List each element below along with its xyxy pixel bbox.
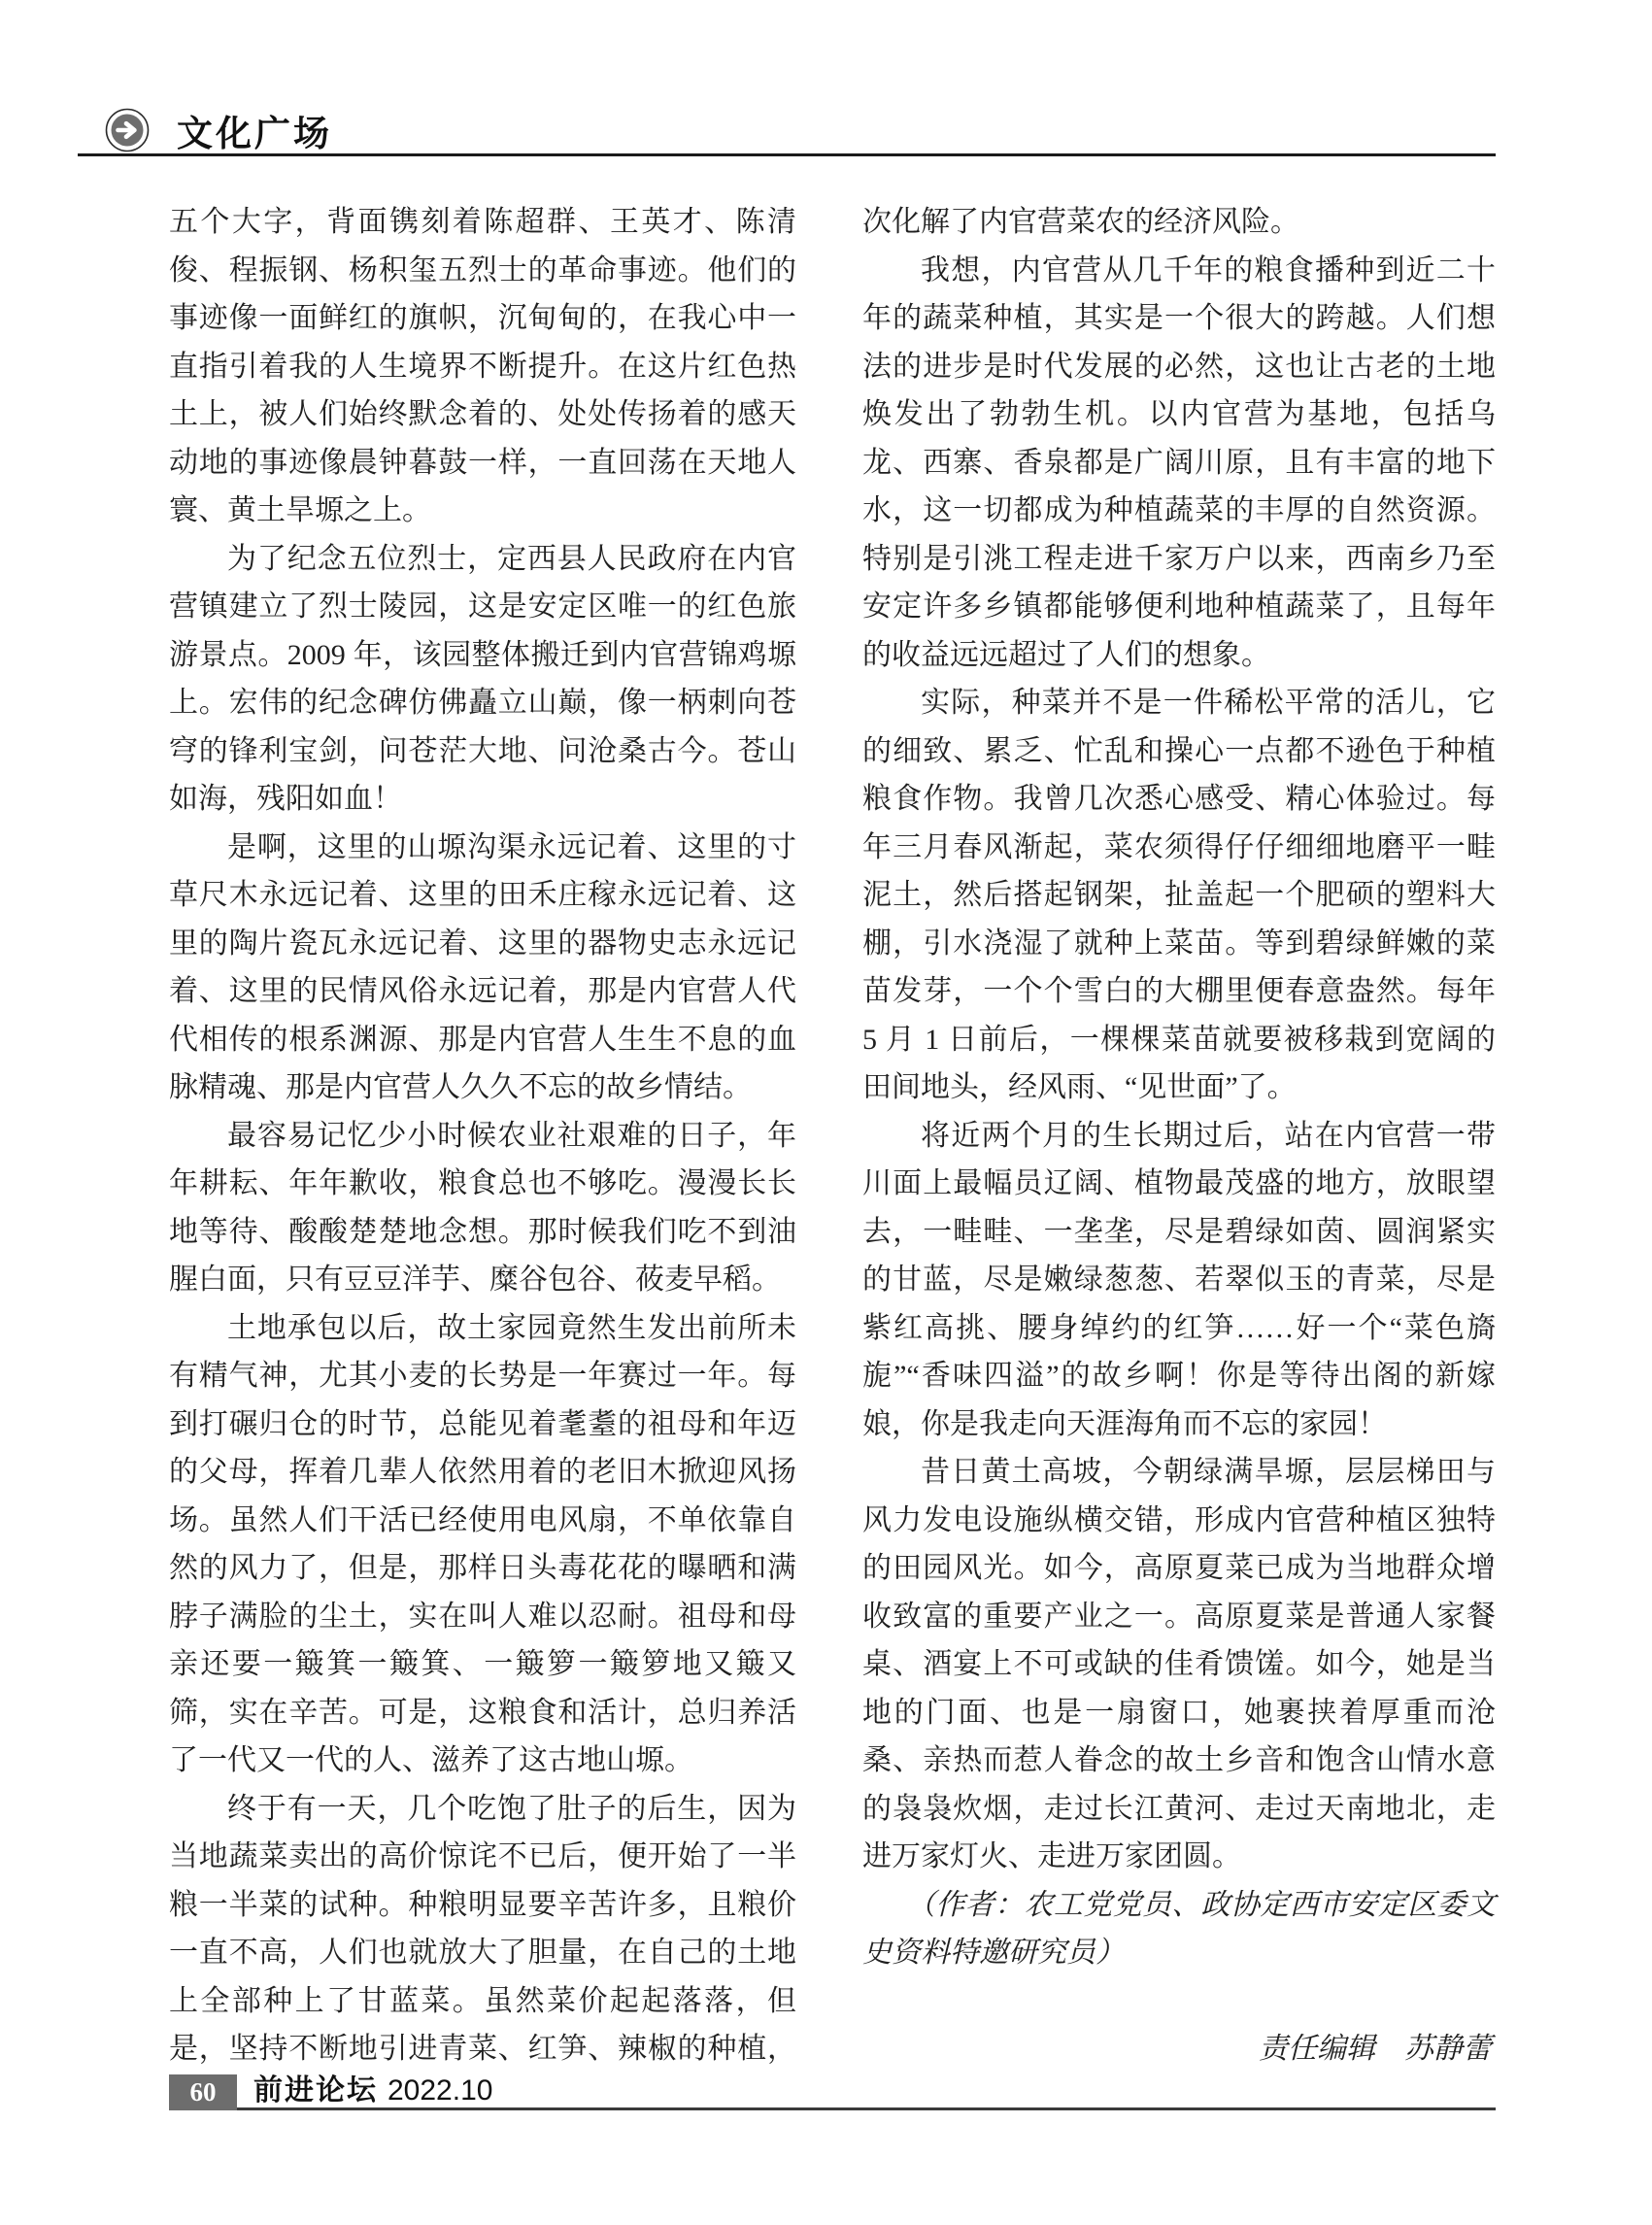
paragraph: 实际，种菜并不是一件稀松平常的活儿，它的细致、累乏、忙乱和操心一点都不逊色于种植… bbox=[862, 679, 1496, 1112]
paragraph: 我想，内官营从几千年的粮食播种到近二十年的蔬菜种植，其实是一个很大的跨越。人们想… bbox=[862, 247, 1496, 680]
page-number-badge: 60 bbox=[169, 2074, 237, 2110]
editor-label: 责任编辑 bbox=[1259, 2033, 1375, 2065]
paragraph: 最容易记忆少小时候农业社艰难的日子，年年耕耘、年年歉收，粮食总也不够吃。漫漫长长… bbox=[169, 1112, 796, 1304]
section-header: 文化广场 bbox=[78, 68, 1496, 156]
journal-name: 前进论坛 bbox=[253, 2073, 378, 2108]
paragraph: 将近两个月的生长期过后，站在内官营一带川面上最幅员辽阔、植物最茂盛的地方，放眼望… bbox=[862, 1112, 1496, 1449]
editor-name: 苏静蕾 bbox=[1404, 2033, 1492, 2065]
paragraph: 次化解了内官营菜农的经济风险。 bbox=[862, 198, 1496, 247]
footer-rule bbox=[237, 2107, 1496, 2110]
paragraph: 为了纪念五位烈士，定西县人民政府在内官营镇建立了烈士陵园，这是安定区唯一的红色旅… bbox=[169, 535, 796, 824]
article-right-column: 次化解了内官营菜农的经济风险。我想，内官营从几千年的粮食播种到近二十年的蔬菜种植… bbox=[862, 198, 1496, 2073]
arrow-right-circle-icon bbox=[105, 108, 150, 152]
section-title: 文化广场 bbox=[177, 116, 332, 152]
paragraph: 是啊，这里的山塬沟渠永远记着、这里的寸草尺木永远记着、这里的田禾庄稼永远记着、这… bbox=[169, 824, 796, 1112]
editor-credit: 责任编辑苏静蕾 bbox=[862, 2025, 1496, 2073]
magazine-page: 文化广场 五个大字，背面镌刻着陈超群、王英才、陈清俊、程振钢、杨积玺五烈士的革命… bbox=[0, 0, 1652, 2225]
paragraph: 五个大字，背面镌刻着陈超群、王英才、陈清俊、程振钢、杨积玺五烈士的革命事迹。他们… bbox=[169, 198, 796, 535]
page-number: 60 bbox=[190, 2077, 217, 2107]
paragraph: 昔日黄土高坡，今朝绿满旱塬，层层梯田与风力发电设施纵横交错，形成内官营种植区独特… bbox=[862, 1448, 1496, 1881]
paragraph: 土地承包以后，故土家园竟然生发出前所未有精气神，尤其小麦的长势是一年赛过一年。每… bbox=[169, 1304, 796, 1785]
right-column-paragraphs: 次化解了内官营菜农的经济风险。我想，内官营从几千年的粮食播种到近二十年的蔬菜种植… bbox=[862, 198, 1496, 1977]
article-left-column: 五个大字，背面镌刻着陈超群、王英才、陈清俊、程振钢、杨积玺五烈士的革命事迹。他们… bbox=[169, 198, 796, 2121]
paragraph: 终于有一天，几个吃饱了肚子的后生，因为当地蔬菜卖出的高价惊诧不已后，便开始了一半… bbox=[169, 1785, 796, 2122]
paragraph: （作者：农工党党员、政协定西市安定区委文史资料特邀研究员） bbox=[862, 1881, 1496, 1977]
issue-number: 2022.10 bbox=[388, 2073, 492, 2108]
